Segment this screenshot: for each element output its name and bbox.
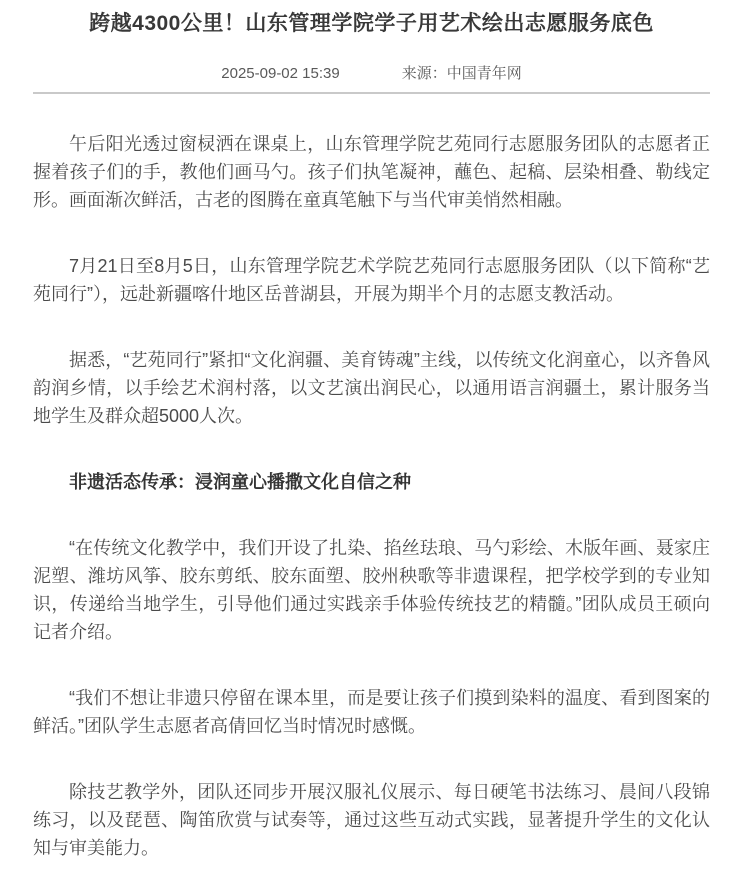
source-label: 来源：中国青年网 [402,64,522,84]
publish-datetime: 2025-09-02 15:39 [221,64,339,84]
article-title: 跨越4300公里！山东管理学院学子用艺术绘出志愿服务底色 [33,10,710,38]
article-paragraph: “在传统文化教学中，我们开设了扎染、掐丝珐琅、马勺彩绘、木版年画、聂家庄泥塑、潍… [33,534,710,646]
article-page: 跨越4300公里！山东管理学院学子用艺术绘出志愿服务底色 2025-09-02 … [0,0,743,873]
article-paragraph: 据悉，“艺苑同行”紧扣“文化润疆、美育铸魂”主线，以传统文化润童心，以齐鲁风韵润… [33,346,710,430]
article-header: 跨越4300公里！山东管理学院学子用艺术绘出志愿服务底色 2025-09-02 … [0,0,743,84]
article-meta: 2025-09-02 15:39 来源：中国青年网 [33,64,710,84]
article-paragraph: 午后阳光透过窗棂洒在课桌上，山东管理学院艺苑同行志愿服务团队的志愿者正握着孩子们… [33,130,710,214]
article-paragraph: “我们不想让非遗只停留在课本里，而是要让孩子们摸到染料的温度、看到图案的鲜活。”… [33,684,710,740]
section-heading: 非遗活态传承：浸润童心播撒文化自信之种 [33,468,710,496]
article-paragraph: 除技艺教学外，团队还同步开展汉服礼仪展示、每日硬笔书法练习、晨间八段锦练习，以及… [33,778,710,862]
article-paragraph: 7月21日至8月5日，山东管理学院艺术学院艺苑同行志愿服务团队（以下简称“艺苑同… [33,252,710,308]
article-body: 午后阳光透过窗棂洒在课桌上，山东管理学院艺苑同行志愿服务团队的志愿者正握着孩子们… [0,94,743,862]
